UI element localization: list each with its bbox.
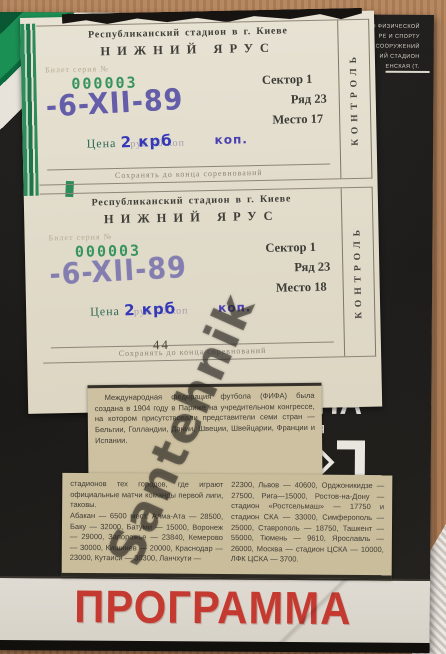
seat-info: Сектор 1 Ряд 23 Место 18: [265, 237, 331, 298]
ticket-sheet: Республиканский стадион в г. Киеве НИЖНИ…: [20, 11, 382, 414]
control-label: КОНТРОЛЬ: [349, 52, 361, 146]
price-stamp-kop: коп.: [214, 132, 248, 147]
newspaper-clipping-fifa: Международная федерация футбола (ФИФА) б…: [87, 383, 322, 484]
ticket-body: Республиканский стадион в г. Киеве НИЖНИ…: [36, 20, 340, 184]
photo-stage: Я ПО ФИЗИЧЕСКОЙ РЕ И СПОРТУ СООРУЖЕНИЙ И…: [0, 0, 446, 654]
control-column: КОНТРОЛЬ: [341, 188, 376, 357]
price-stamp-kop: коп.: [218, 300, 252, 315]
keep-note: Сохранять до конца соревнований: [51, 341, 334, 359]
clipping-column-left: стадионов тех городов, где играют официа…: [70, 479, 224, 568]
keep-note: Сохранять до конца соревнований: [47, 164, 330, 182]
stadium-name: Республиканский стадион в г. Киеве: [48, 192, 335, 209]
seat-value: Место 17: [262, 109, 327, 130]
clipping-column-right: 22300, Львов — 40600, Орджоникидзе — 275…: [231, 480, 385, 569]
newspaper-clipping-stadiums: стадионов тех городов, где играют официа…: [62, 473, 393, 579]
seat-info: Сектор 1 Ряд 23 Место 17: [262, 69, 328, 130]
cover-bottom-strip: [0, 640, 430, 653]
ticket-middle: 000003 -6-XII-89 Сектор 1 Ряд 23 Место 1…: [45, 68, 333, 136]
ticket-seat-17: Республиканский стадион в г. Киеве НИЖНИ…: [36, 19, 372, 186]
sheet-number: 44: [153, 337, 170, 353]
tier-label: НИЖНИЙ ЯРУС: [48, 207, 335, 228]
row-value: Ряд 23: [266, 257, 331, 278]
price-stamp: 2 крб: [120, 131, 173, 151]
control-column: КОНТРОЛЬ: [337, 20, 371, 179]
price-label: Цена: [86, 136, 116, 151]
seat-value: Место 18: [266, 277, 331, 298]
sector-value: Сектор 1: [262, 69, 327, 90]
ticket-middle: 000003 -6-XII-89 Сектор 1 Ряд 23 Место 1…: [49, 236, 337, 304]
date-stamp: -6-XII-89: [49, 251, 188, 292]
row-value: Ряд 23: [262, 89, 327, 110]
stadium-name: Республиканский стадион в г. Киеве: [44, 24, 331, 41]
control-label: КОНТРОЛЬ: [352, 225, 364, 319]
ticket-seat-18: Республиканский стадион в г. Киеве НИЖНИ…: [40, 187, 376, 364]
tier-label: НИЖНИЙ ЯРУС: [45, 39, 332, 60]
price-label: Цена: [90, 304, 120, 319]
ticket-body: Республиканский стадион в г. Киеве НИЖНИ…: [40, 188, 344, 362]
price-stamp: 2 крб: [124, 299, 177, 319]
cover-fold-crease: [250, 574, 380, 645]
sector-value: Сектор 1: [265, 237, 330, 258]
date-stamp: -6-XII-89: [45, 83, 184, 124]
